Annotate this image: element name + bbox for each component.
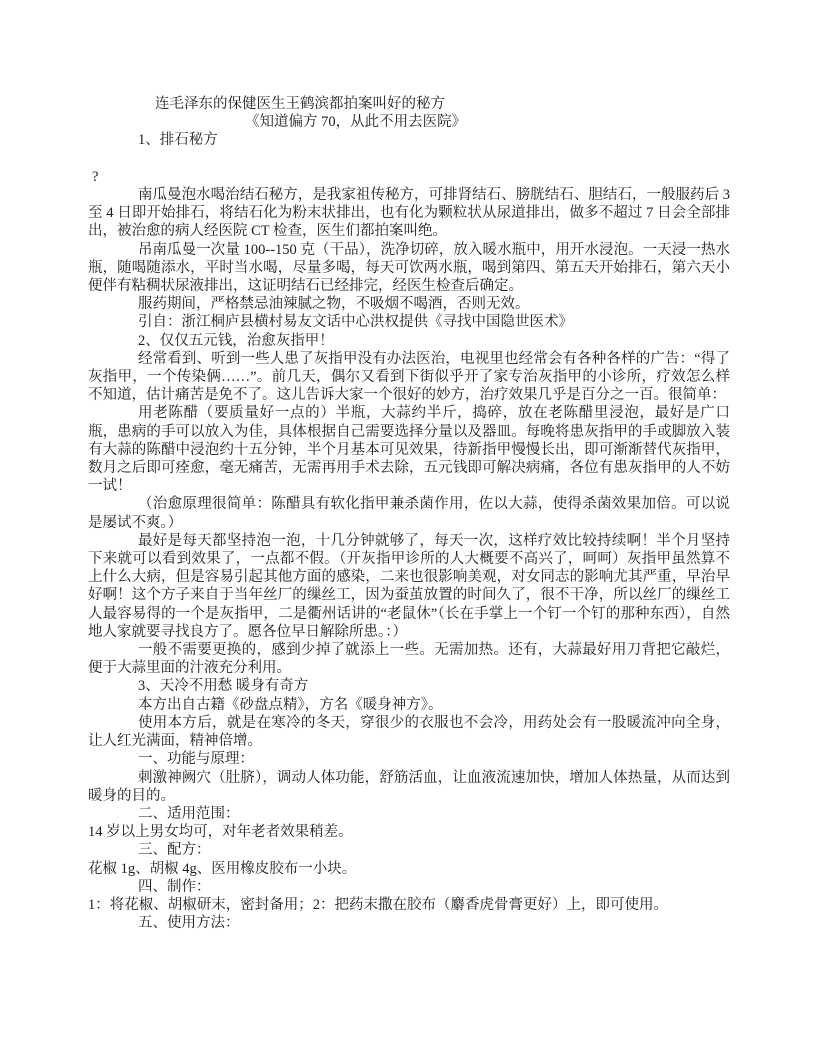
paragraph: 刺激神阙穴（肚脐），调动人体功能，舒筋活血，让血液流速加快，增加人体热量，从而达… [88, 769, 730, 805]
paragraph: 用老陈醋（要质量好一点的）半瓶，大蒜约半斤，捣碎，放在老陈醋里浸泡，最好是广口瓶… [88, 404, 730, 495]
paragraph: 引自：浙江桐庐县横村易友文话中心洪权提供《寻找中国隐世医术》 [88, 313, 730, 331]
document-title: 连毛泽东的保健医生王鹤滨都拍案叫好的秘方 [88, 95, 730, 113]
paragraph: 二、适用范围： [88, 805, 730, 823]
paragraph: 服药期间，严格禁忌油辣腻之物，不吸烟不喝酒，否则无效。 [88, 295, 730, 313]
document-line: 1、排石秘方 [88, 131, 730, 149]
document-page: 连毛泽东的保健医生王鹤滨都拍案叫好的秘方《知道偏方 70，从此不用去医院》1、排… [0, 0, 816, 1056]
paragraph: 经常看到、听到一些人患了灰指甲没有办法医治，电视里也经常会有各种各样的广告：“得… [88, 350, 730, 405]
paragraph: 14 岁以上男女均可，对年老者效果稍差。 [88, 823, 730, 841]
paragraph: 使用本方后，就是在寒冷的冬天，穿很少的衣服也不会冷，用药处会有一股暖流冲向全身，… [88, 714, 730, 750]
paragraph: 一、功能与原理： [88, 750, 730, 768]
paragraph: 一般不需要更换的，感到少掉了就添上一些。无需加热。还有，大蒜最好用刀背把它敲烂，… [88, 641, 730, 677]
paragraph: 2、仅仅五元钱，治愈灰指甲！ [88, 332, 730, 350]
blank-line [88, 150, 730, 168]
paragraph: 三、配方： [88, 841, 730, 859]
paragraph: 四、制作： [88, 878, 730, 896]
paragraph: 3、天冷不用愁 暖身有奇方 [88, 677, 730, 695]
paragraph: 南瓜曼泡水喝治结石秘方，是我家祖传秘方，可排肾结石、膀胱结石、胆结石，一般服药后… [88, 186, 730, 241]
paragraph: （治愈原理很简单：陈醋具有软化指甲兼杀菌作用，佐以大蒜，使得杀菌效果加倍。可以说… [88, 495, 730, 531]
paragraph: 本方出自古籍《砂盘点精》，方名《暖身神方》。 [88, 696, 730, 714]
paragraph: 吊南瓜曼一次量 100--150 克（干品），洗净切碎，放入暖水瓶中，用开水浸泡… [88, 241, 730, 296]
paragraph: 五、使用方法： [88, 914, 730, 932]
paragraph: 最好是每天都坚持泡一泡，十几分钟就够了，每天一次，这样疗效比较持续啊！半个月坚持… [88, 532, 730, 641]
document-subtitle: 《知道偏方 70，从此不用去医院》 [88, 113, 730, 131]
document-line: ? [88, 168, 730, 186]
paragraph: 花椒 1g、胡椒 4g、医用橡皮胶布一小块。 [88, 860, 730, 878]
document-content: 连毛泽东的保健医生王鹤滨都拍案叫好的秘方《知道偏方 70，从此不用去医院》1、排… [88, 95, 730, 932]
paragraph: 1：将花椒、胡椒研末，密封备用；2：把药末撒在胶布（麝香虎骨膏更好）上，即可使用… [88, 896, 730, 914]
